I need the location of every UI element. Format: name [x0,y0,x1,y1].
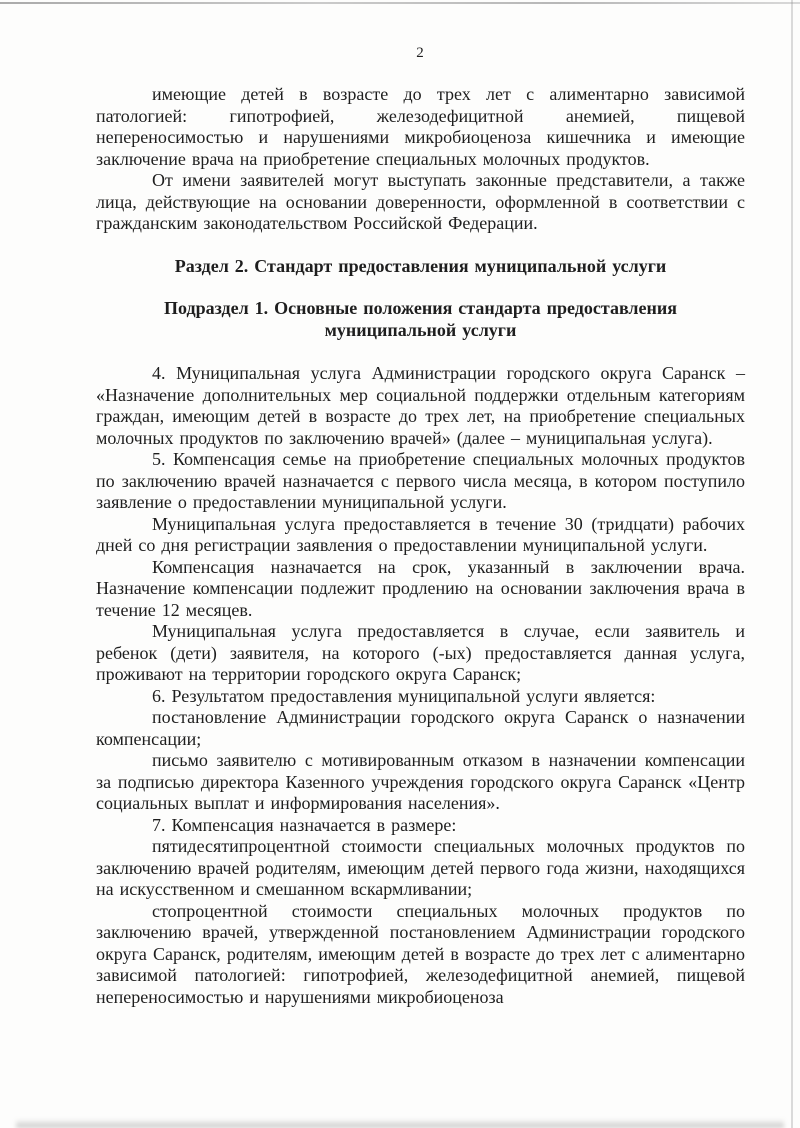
scan-bottom-shadow [16,1119,784,1128]
page-number: 2 [96,44,745,62]
scan-top-edge-line [0,2,800,4]
paragraph-item-6: 6. Результатом предоставления муниципаль… [96,686,745,708]
paragraph: постановление Администрации городского о… [96,707,745,750]
subsection-heading: Подраздел 1. Основные положения стандарт… [141,298,701,341]
scan-right-edge-line [791,0,793,1128]
paragraph-item-4: 4. Муниципальная услуга Администрации го… [96,363,745,449]
paragraph: Муниципальная услуга предоставляется в т… [96,514,745,557]
paragraph-item-7: 7. Компенсация назначается в размере: [96,815,745,837]
paragraph: Компенсация назначается на срок, указанн… [96,557,745,622]
paragraph: письмо заявителю с мотивированным отказо… [96,750,745,815]
scanned-document-page: 2 имеющие детей в возрасте до трех лет с… [0,0,800,1128]
paragraph: стопроцентной стоимости специальных моло… [96,901,745,1009]
section-heading: Раздел 2. Стандарт предоставления муници… [96,256,745,278]
paragraph: От имени заявителей могут выступать зако… [96,170,745,235]
paragraph: Муниципальная услуга предоставляется в с… [96,621,745,686]
paragraph-item-5: 5. Компенсация семье на приобретение спе… [96,449,745,514]
page-content: 2 имеющие детей в возрасте до трех лет с… [96,44,745,1008]
paragraph: пятидесятипроцентной стоимости специальн… [96,836,745,901]
paragraph-continuation: имеющие детей в возрасте до трех лет с а… [96,84,745,170]
document-body: имеющие детей в возрасте до трех лет с а… [96,84,745,1008]
